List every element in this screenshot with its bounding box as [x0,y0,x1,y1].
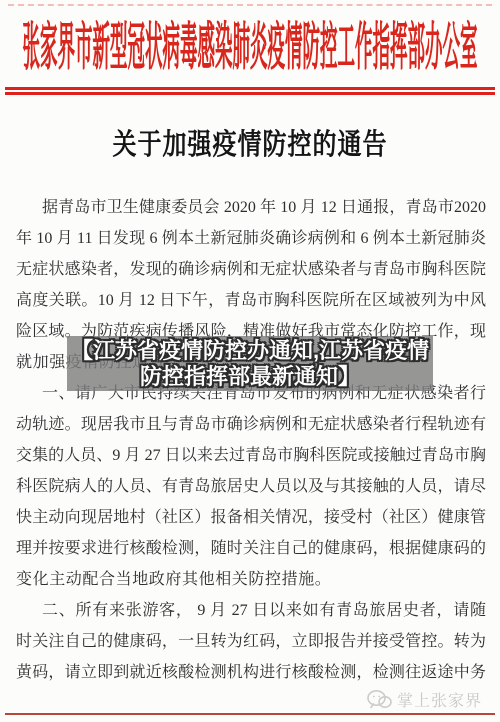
body-line: 快主动向现居地村（社区）报备相关情况，接受村（社区）健康管 [16,502,486,533]
document-title: 关于加强疫情防控的通告 [113,121,388,163]
body-line: 时关注自己的健康码，一旦转为红码，立即报告并接受管控。转为 [16,626,486,657]
body-line: 无症状感染者，发现的确诊病例和无症状感染者与青岛市胸科医院 [16,254,486,285]
body-line: 动轨迹。现居我市且与青岛市确诊病例和无症状感染者行程轨迹有 [16,409,486,440]
caption-overlay-line-2: 防控指挥部最新通知】 [140,364,360,390]
body-line: 科医院病人的人员、有青岛旅居史人员以及与其接触的人员，请尽 [16,471,486,502]
document-body: 据青岛市卫生健康委员会 2020 年 10 月 12 日通报，青岛市2020 年… [16,192,486,688]
document-title-row: 关于加强疫情防控的通告 [0,124,500,159]
body-line: 黄码，请立即到就近核酸检测机构进行核酸检测，检测往返途中务 [16,657,486,688]
letterhead-title: 张家界市新型冠状病毒感染肺炎疫情防控工作指挥部办公室 [23,8,478,82]
body-line: 据青岛市卫生健康委员会 2020 年 10 月 12 日通报，青岛市2020 [16,192,486,223]
letterhead-double-rule [5,87,495,95]
caption-overlay-line-1: 【江苏省疫情防控办通知,江苏省疫情 [71,338,429,364]
top-decorative-rule [8,4,492,6]
body-line: 二、所有来张游客， 9 月 27 日以来如有青岛旅居史者，请随 [16,595,486,626]
notice-page: 张家界市新型冠状病毒感染肺炎疫情防控工作指挥部办公室 关于加强疫情防控的通告 据… [0,0,500,722]
wechat-logo-icon [366,689,392,710]
body-line: 变化主动配合当地政府其他相关防控措施。 [16,564,486,595]
watermark-label: 掌上张家界 [397,688,482,711]
body-line: 理并按要求进行核酸检测，随时关注自己的健康码，根据健康码的 [16,533,486,564]
letterhead-banner: 张家界市新型冠状病毒感染肺炎疫情防控工作指挥部办公室 [0,12,500,78]
body-line: 年 10 月 11 日发现 6 例本土新冠肺炎确诊病例和 6 例本土新冠肺炎 [16,223,486,254]
body-line: 交集的人员、9 月 27 日以来去过青岛市胸科医院或接触过青岛市胸 [16,440,486,471]
watermark: 掌上张家界 [366,688,482,711]
body-line: 高度关联。10 月 12 日下午，青岛市胸科医院所在区域被列为中风 [16,285,486,316]
bottom-rule [5,713,495,715]
caption-overlay: 【江苏省疫情防控办通知,江苏省疫情 防控指挥部最新通知】 [67,336,433,391]
